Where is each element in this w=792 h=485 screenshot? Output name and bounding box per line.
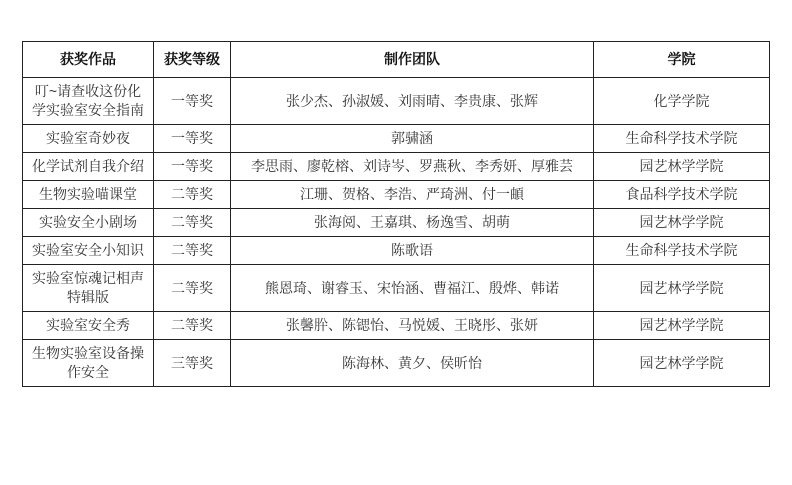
cell-level: 二等奖 xyxy=(154,312,231,340)
table-row: 叮~请查收这份化学实验室安全指南一等奖张少杰、孙淑媛、刘雨晴、李贵康、张辉化学学… xyxy=(23,78,770,125)
cell-team: 张少杰、孙淑媛、刘雨晴、李贵康、张辉 xyxy=(231,78,594,125)
cell-college: 化学学院 xyxy=(594,78,770,125)
cell-college: 园艺林学学院 xyxy=(594,153,770,181)
cell-work: 实验安全小剧场 xyxy=(23,209,154,237)
cell-team: 江珊、贺格、李浩、严琦洲、付一頔 xyxy=(231,181,594,209)
column-header-team: 制作团队 xyxy=(231,42,594,78)
cell-team: 熊恩琦、谢睿玉、宋怡涵、曹福江、殷烨、韩诺 xyxy=(231,265,594,312)
page: 获奖作品获奖等级制作团队学院 叮~请查收这份化学实验室安全指南一等奖张少杰、孙淑… xyxy=(0,0,792,485)
header-row: 获奖作品获奖等级制作团队学院 xyxy=(23,42,770,78)
table-row: 实验室奇妙夜一等奖郭骕涵生命科学技术学院 xyxy=(23,125,770,153)
cell-level: 一等奖 xyxy=(154,125,231,153)
cell-team: 张海阅、王嘉琪、杨逸雪、胡萌 xyxy=(231,209,594,237)
cell-work: 实验室安全小知识 xyxy=(23,237,154,265)
cell-work: 化学试剂自我介绍 xyxy=(23,153,154,181)
cell-team: 陈歌语 xyxy=(231,237,594,265)
cell-work: 生物实验喵课堂 xyxy=(23,181,154,209)
cell-work: 实验室奇妙夜 xyxy=(23,125,154,153)
cell-level: 二等奖 xyxy=(154,265,231,312)
table-row: 实验室安全小知识二等奖陈歌语生命科学技术学院 xyxy=(23,237,770,265)
awards-table: 获奖作品获奖等级制作团队学院 叮~请查收这份化学实验室安全指南一等奖张少杰、孙淑… xyxy=(22,41,770,387)
cell-level: 三等奖 xyxy=(154,340,231,387)
cell-college: 食品科学技术学院 xyxy=(594,181,770,209)
cell-level: 二等奖 xyxy=(154,237,231,265)
cell-college: 生命科学技术学院 xyxy=(594,237,770,265)
cell-level: 一等奖 xyxy=(154,78,231,125)
cell-team: 李思雨、廖乾榕、刘诗岑、罗燕秋、李秀妍、厚雅芸 xyxy=(231,153,594,181)
cell-level: 二等奖 xyxy=(154,209,231,237)
cell-level: 二等奖 xyxy=(154,181,231,209)
column-header-level: 获奖等级 xyxy=(154,42,231,78)
cell-work: 实验室惊魂记相声特辑版 xyxy=(23,265,154,312)
cell-work: 实验室安全秀 xyxy=(23,312,154,340)
table-row: 生物实验室设备操作安全三等奖陈海林、黄夕、侯昕怡园艺林学学院 xyxy=(23,340,770,387)
cell-college: 园艺林学学院 xyxy=(594,340,770,387)
table-row: 实验室安全秀二等奖张馨肸、陈锶怡、马悦媛、王晓彤、张妍园艺林学学院 xyxy=(23,312,770,340)
cell-college: 园艺林学学院 xyxy=(594,312,770,340)
column-header-college: 学院 xyxy=(594,42,770,78)
cell-team: 陈海林、黄夕、侯昕怡 xyxy=(231,340,594,387)
cell-work: 叮~请查收这份化学实验室安全指南 xyxy=(23,78,154,125)
cell-college: 园艺林学学院 xyxy=(594,209,770,237)
table-row: 生物实验喵课堂二等奖江珊、贺格、李浩、严琦洲、付一頔食品科学技术学院 xyxy=(23,181,770,209)
column-header-work: 获奖作品 xyxy=(23,42,154,78)
cell-college: 园艺林学学院 xyxy=(594,265,770,312)
table-row: 化学试剂自我介绍一等奖李思雨、廖乾榕、刘诗岑、罗燕秋、李秀妍、厚雅芸园艺林学学院 xyxy=(23,153,770,181)
cell-team: 郭骕涵 xyxy=(231,125,594,153)
cell-work: 生物实验室设备操作安全 xyxy=(23,340,154,387)
cell-team: 张馨肸、陈锶怡、马悦媛、王晓彤、张妍 xyxy=(231,312,594,340)
cell-level: 一等奖 xyxy=(154,153,231,181)
table-row: 实验室惊魂记相声特辑版二等奖熊恩琦、谢睿玉、宋怡涵、曹福江、殷烨、韩诺园艺林学学… xyxy=(23,265,770,312)
cell-college: 生命科学技术学院 xyxy=(594,125,770,153)
table-row: 实验安全小剧场二等奖张海阅、王嘉琪、杨逸雪、胡萌园艺林学学院 xyxy=(23,209,770,237)
